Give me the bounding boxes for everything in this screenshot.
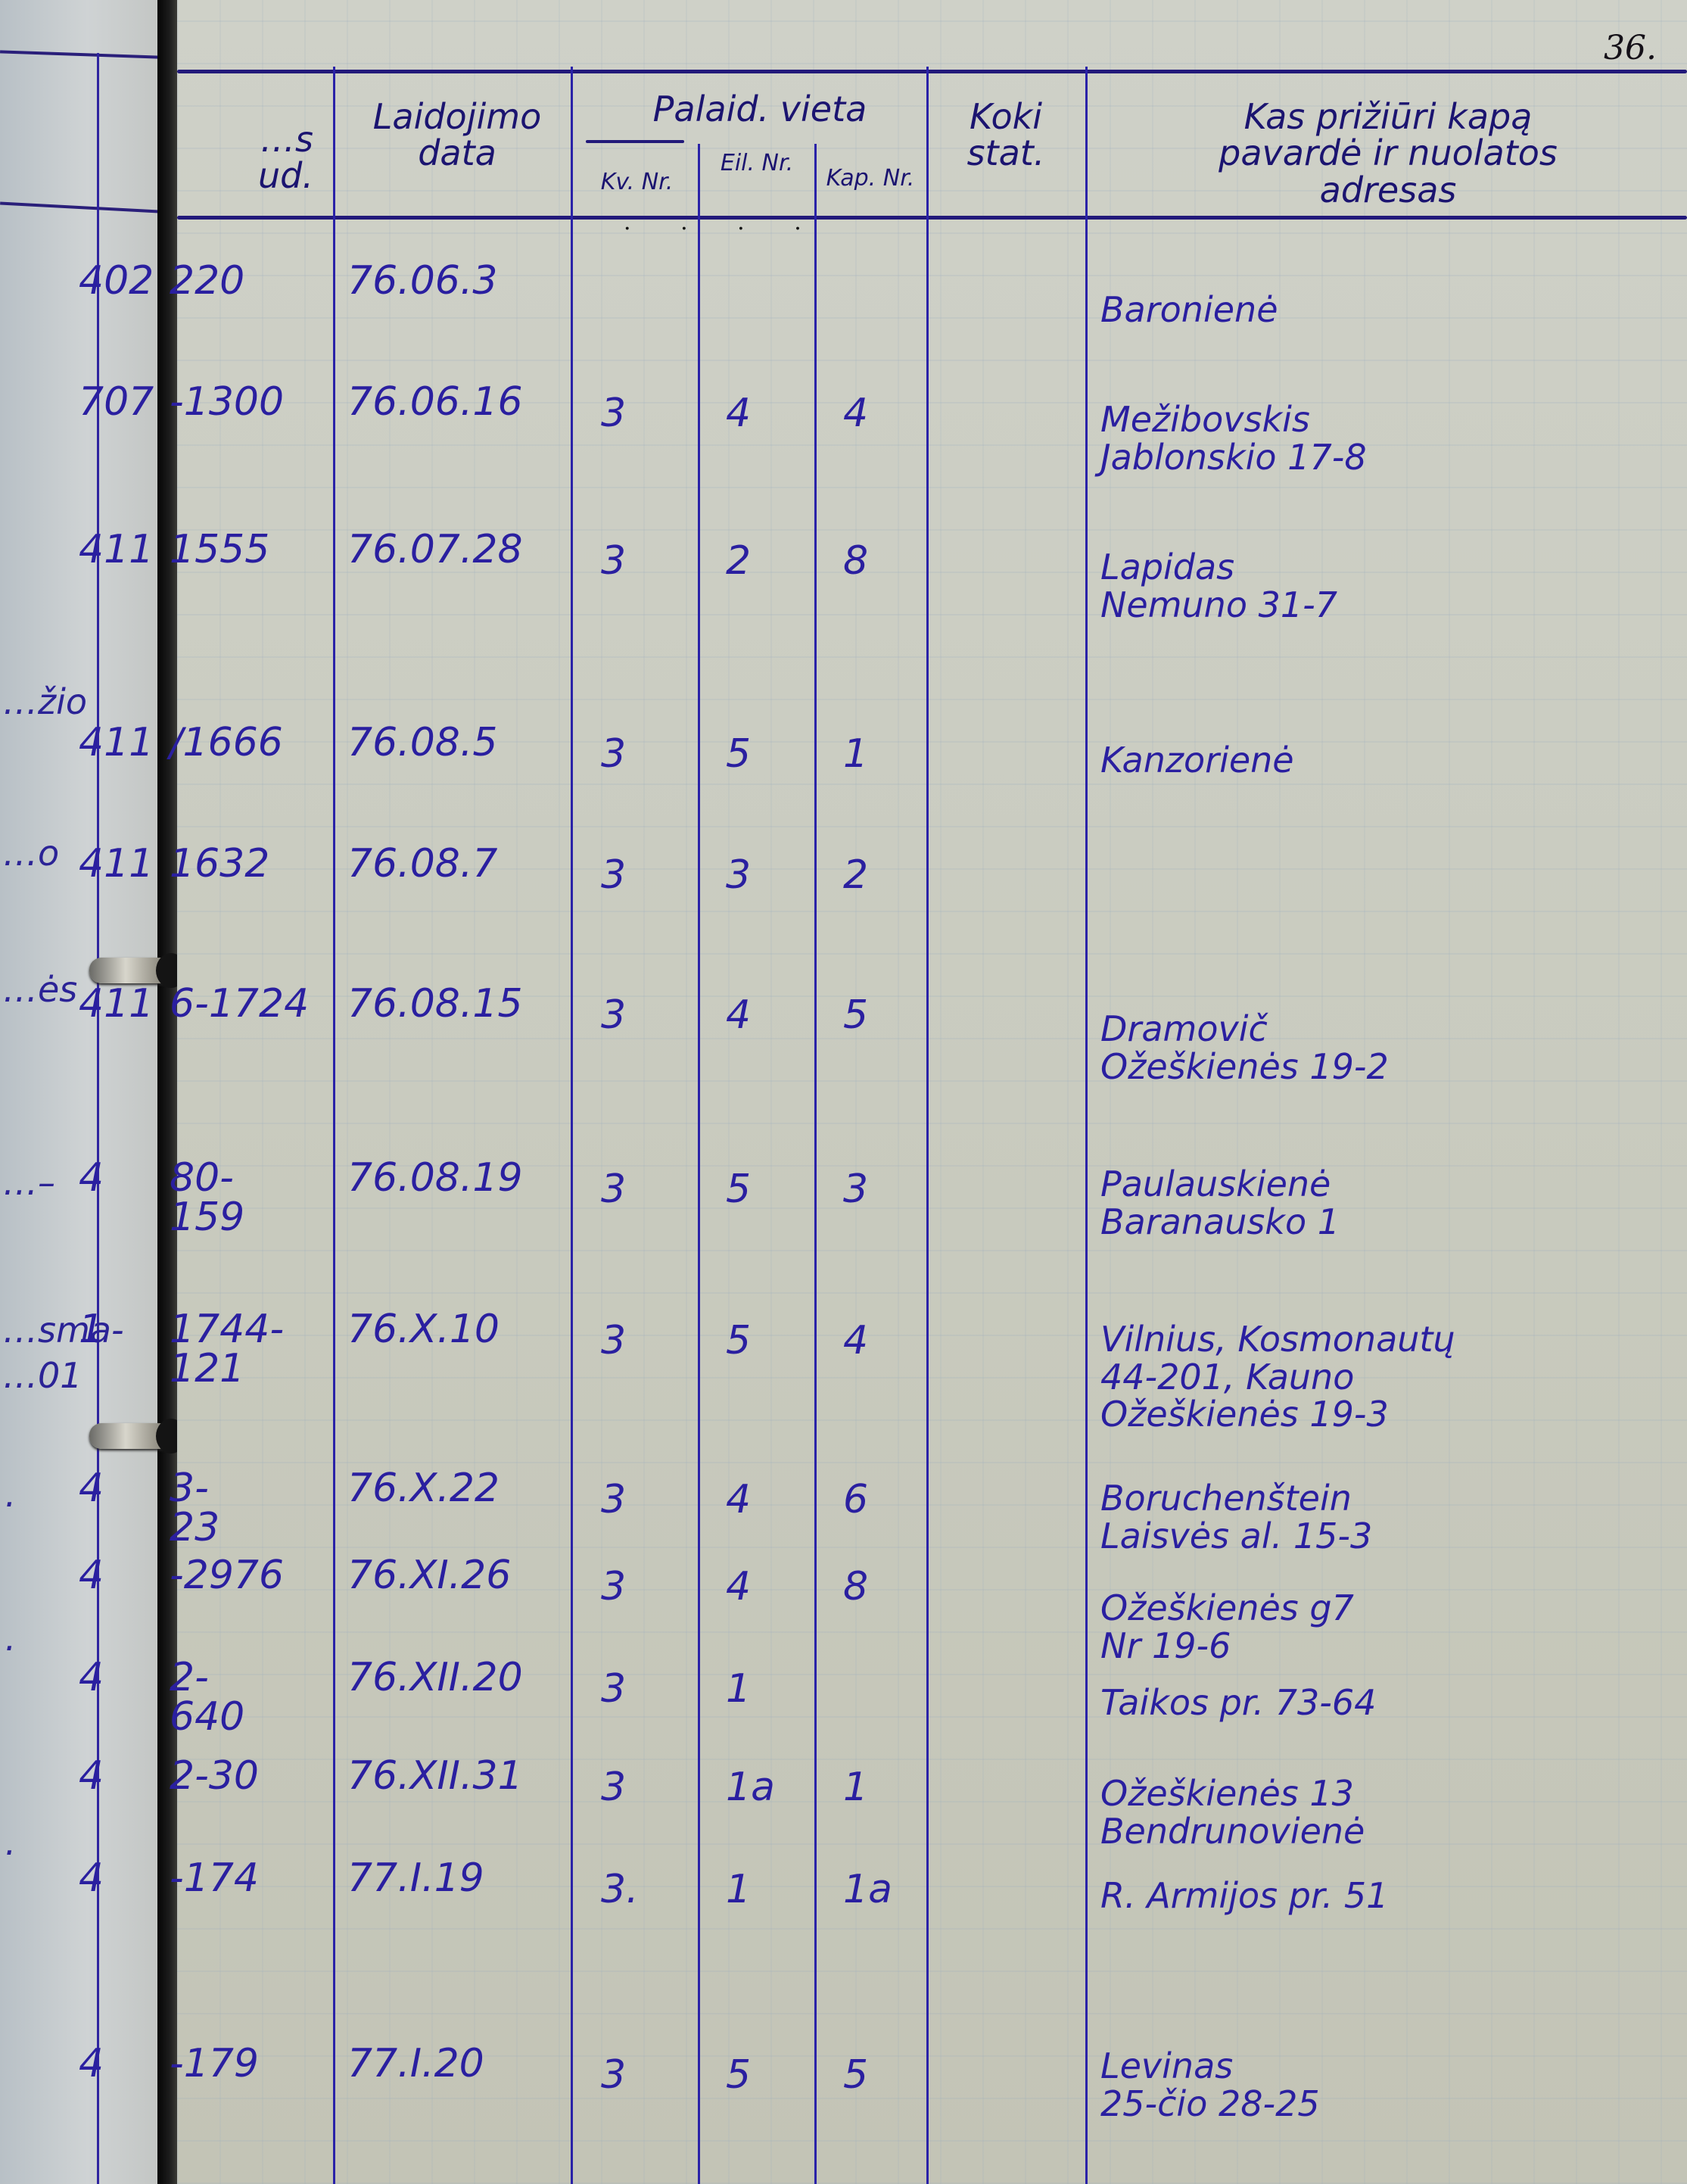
margin-fragment: …o (3, 833, 59, 874)
cell-kap: 8 (843, 541, 868, 581)
cell-eil: 4 (726, 995, 751, 1035)
cell-eil: 5 (726, 734, 751, 774)
column-rule (926, 67, 929, 2184)
cell-receipt: -2976 (170, 1556, 284, 1595)
margin-fragment: · (3, 1832, 14, 1873)
cell-caretaker: Paulauskienė Baranausko 1 (1100, 1166, 1676, 1241)
cell-kap: 1 (843, 1768, 868, 1807)
cell-nr: 411 (79, 530, 154, 569)
margin-fragment: …žio (3, 681, 87, 722)
cell-caretaker: Boruchenštein Laisvės al. 15-3 (1100, 1480, 1676, 1555)
header-type: Koki stat. (930, 98, 1082, 172)
cell-receipt: /1666 (170, 723, 283, 762)
cell-date: 76.XII.20 (347, 1658, 523, 1697)
cell-eil: 3 (726, 855, 751, 895)
cell-eil: 4 (726, 1567, 751, 1606)
header-top-rule (177, 70, 1687, 73)
cell-eil: 4 (726, 1480, 751, 1519)
cell-kv: 3 (601, 1480, 626, 1519)
header-receipt: …s ud. (132, 121, 313, 195)
header-place-kv: Kv. Nr. (578, 170, 696, 195)
cell-date: 76.XII.31 (347, 1756, 523, 1796)
cell-eil: 1 (726, 1870, 751, 1909)
cell-date: 76.07.28 (347, 530, 523, 569)
cell-kap: 5 (843, 995, 868, 1035)
cell-receipt: 80- 159 (170, 1158, 244, 1237)
cell-kv: 3 (601, 1321, 626, 1360)
header-caretaker: Kas prižiūri kapą pavardė ir nuolatos ad… (1089, 98, 1687, 208)
cell-date: 76.X.10 (347, 1310, 500, 1349)
cell-kap: 2 (843, 855, 868, 895)
cell-kv: 3 (601, 855, 626, 895)
cell-caretaker: Lapidas Nemuno 31-7 (1100, 549, 1676, 624)
cell-eil: 4 (726, 394, 751, 433)
cell-kv: 3 (601, 1669, 626, 1709)
cell-nr: 707 (79, 382, 154, 422)
cell-receipt: 220 (170, 261, 244, 301)
cell-eil: 5 (726, 2055, 751, 2095)
cell-caretaker: Kanzorienė (1100, 742, 1676, 780)
cell-date: 76.X.22 (347, 1469, 500, 1508)
cell-nr: 4 (79, 1556, 104, 1595)
cell-caretaker: Taikos pr. 73-64 (1100, 1684, 1676, 1722)
margin-fragment: …– (3, 1162, 55, 1203)
cell-kv: 3 (601, 1768, 626, 1807)
cell-receipt: -179 (170, 2044, 259, 2083)
cell-eil: 1a (726, 1768, 775, 1807)
cell-kap: 6 (843, 1480, 868, 1519)
ditto-marks: · · · · (624, 216, 823, 242)
cell-kap: 5 (843, 2055, 868, 2095)
ruling-line (0, 202, 159, 213)
cell-kv: 3 (601, 394, 626, 433)
cell-kv: 3 (601, 734, 626, 774)
cell-nr: 411 (79, 844, 154, 883)
cell-kv: 3 (601, 541, 626, 581)
cell-caretaker: Vilnius, Kosmonautų 44-201, Kauno Ožeški… (1100, 1321, 1676, 1434)
cell-nr: 4 (79, 1756, 104, 1796)
binder-ring (89, 1423, 180, 1449)
cell-eil: 5 (726, 1321, 751, 1360)
cell-date: 76.08.19 (347, 1158, 523, 1198)
cell-caretaker: Ožeškienės g7 Nr 19-6 (1100, 1590, 1676, 1665)
cell-receipt: 2- 640 (170, 1658, 244, 1737)
cell-eil: 2 (726, 541, 751, 581)
cell-date: 76.06.3 (347, 261, 497, 301)
header-bottom-rule (177, 216, 1687, 220)
ruling-line (0, 50, 159, 58)
cell-receipt: 1744- 121 (170, 1310, 284, 1388)
margin-fragment: …sma- (3, 1310, 124, 1351)
cell-receipt: -1300 (170, 382, 284, 422)
column-rule (814, 144, 817, 2184)
page-number: 36. (1604, 29, 1657, 67)
header-place-kap: Kap. Nr. (817, 167, 923, 191)
cell-kap: 1 (843, 734, 868, 774)
column-rule (333, 67, 335, 2184)
margin-fragment: · (3, 1628, 14, 1668)
cell-receipt: 1555 (170, 530, 269, 569)
cell-caretaker: Levinas 25-čio 28-25 (1100, 2048, 1676, 2123)
cell-receipt: -174 (170, 1858, 259, 1898)
cell-nr: 4 (79, 1658, 104, 1697)
column-rule (698, 144, 700, 2184)
place-group-underline (586, 140, 684, 143)
cell-receipt: 1632 (170, 844, 269, 883)
margin-fragment: …01 (3, 1355, 82, 1396)
cell-nr: 4 (79, 1858, 104, 1898)
cell-receipt: 6-1724 (170, 984, 309, 1023)
cell-nr: 411 (79, 723, 154, 762)
cell-nr: 1 (79, 1310, 104, 1349)
cell-kv: 3 (601, 995, 626, 1035)
cell-date: 76.08.5 (347, 723, 497, 762)
cell-kap: 4 (843, 394, 868, 433)
header-date: Laidojimo data (347, 98, 567, 172)
cell-eil: 5 (726, 1170, 751, 1209)
margin-fragment: · (3, 1484, 14, 1525)
cell-kap: 4 (843, 1321, 868, 1360)
cell-date: 76.06.16 (347, 382, 523, 422)
cell-nr: 4 (79, 1158, 104, 1198)
cell-kv: 3 (601, 2055, 626, 2095)
cell-receipt: 3- 23 (170, 1469, 219, 1547)
cell-kv: 3 (601, 1170, 626, 1209)
margin-fragment: …ės (3, 969, 77, 1010)
cell-caretaker: Baronienė (1100, 291, 1676, 329)
cell-kv: 3 (601, 1567, 626, 1606)
header-place-group: Palaid. vieta (586, 91, 934, 127)
cell-caretaker: Mežibovskis Jablonskio 17-8 (1100, 401, 1676, 476)
cell-kv: 3. (601, 1870, 639, 1909)
cell-nr: 402 (79, 261, 154, 301)
cell-date: 77.I.19 (347, 1858, 484, 1898)
cell-date: 77.I.20 (347, 2044, 484, 2083)
cell-date: 76.08.7 (347, 844, 497, 883)
cell-date: 76.08.15 (347, 984, 523, 1023)
cell-receipt: 2-30 (170, 1756, 259, 1796)
cell-caretaker: Dramovič Ožeškienės 19-2 (1100, 1011, 1676, 1086)
cell-kap: 3 (843, 1170, 868, 1209)
cell-date: 76.XI.26 (347, 1556, 511, 1595)
header-place-eil: Eil. Nr. (701, 151, 813, 176)
cell-kap: 8 (843, 1567, 868, 1606)
cell-nr: 411 (79, 984, 154, 1023)
binder-ring (89, 958, 180, 983)
cell-kap: 1a (843, 1870, 892, 1909)
ledger-page: 36. …s ud. Laidojimo data Palaid. vieta … (177, 0, 1687, 2184)
cell-caretaker: R. Armijos pr. 51 (1100, 1877, 1676, 1915)
cell-nr: 4 (79, 2044, 104, 2083)
column-rule (571, 67, 573, 2184)
column-rule (1085, 67, 1088, 2184)
cell-nr: 4 (79, 1469, 104, 1508)
cell-caretaker: Ožeškienės 13 Bendrunovienė (1100, 1775, 1676, 1850)
cell-eil: 1 (726, 1669, 751, 1709)
